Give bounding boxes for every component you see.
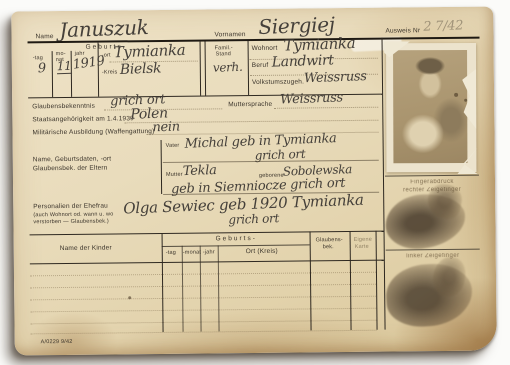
wohnort-label: Wohnort bbox=[252, 45, 278, 52]
kinder-geburts-header: Geburts- bbox=[216, 235, 257, 242]
familienstand-value: verh. bbox=[213, 60, 243, 75]
table-row bbox=[30, 284, 376, 289]
fingerprint-right-label: Fingerabdruck bbox=[387, 179, 477, 186]
staatsangehoerigkeit-label: Staatsangehörigkeit am 1.4.1939 bbox=[32, 115, 134, 123]
kinder-eigene-header: Eigene bbox=[354, 237, 372, 243]
portrait-photo bbox=[386, 43, 476, 172]
table-column-line bbox=[376, 231, 378, 330]
muttersprache-value: Weissruss bbox=[280, 90, 343, 107]
volkstum-value: Weissruss bbox=[304, 69, 367, 86]
familienstand-label: Stand bbox=[216, 51, 231, 57]
geburtskreis-value: Bielsk bbox=[120, 60, 162, 78]
table-row bbox=[30, 308, 376, 313]
table-row bbox=[30, 272, 376, 277]
table-header-rule bbox=[30, 260, 384, 265]
table-row bbox=[30, 296, 376, 301]
ehefrau-label: (auch Wohnort od. wann u. wo bbox=[33, 211, 113, 218]
kinder-glauben-header: bek. bbox=[323, 244, 334, 250]
ausweis-nr-value-pencil: 2 7/42 bbox=[423, 18, 463, 34]
name-label: Name bbox=[35, 33, 53, 40]
geburtsjahr-value: 1919 bbox=[72, 54, 106, 73]
muttersprache-label: Muttersprache bbox=[228, 101, 272, 108]
stain-speck bbox=[464, 99, 467, 102]
table-column-line bbox=[182, 246, 184, 332]
vornamen-label: Vornamen bbox=[214, 31, 245, 38]
famil-box-border bbox=[205, 41, 207, 95]
table-column-line bbox=[200, 246, 202, 332]
geburtstag-value: 9 bbox=[38, 61, 47, 76]
wohnort-value: Tymianka bbox=[283, 34, 355, 55]
geburts-divider bbox=[52, 51, 53, 97]
kinder-jahr-header: -jahr bbox=[203, 249, 215, 255]
geburtsort-value: Tymianka bbox=[113, 41, 185, 62]
geburts-divider bbox=[98, 43, 100, 97]
table-row bbox=[30, 320, 376, 325]
kinder-monat-header: -monat bbox=[183, 250, 201, 256]
table-column-line bbox=[310, 231, 312, 330]
volkstum-label: Volkstumszugeh. bbox=[252, 78, 304, 86]
eltern-label: Glaubensbek. der Eltern bbox=[33, 165, 108, 173]
kinder-name-header: Name der Kinder bbox=[60, 244, 112, 252]
table-column-line bbox=[350, 231, 352, 330]
fingerprint-divider-rule bbox=[386, 249, 480, 251]
fingerprint-left-index bbox=[384, 262, 474, 329]
mutter-value: Tekla bbox=[183, 163, 217, 179]
geburtskreis-label: -Kreis bbox=[102, 69, 118, 75]
portrait-photo-image bbox=[393, 50, 467, 163]
photo-bottom-rule bbox=[385, 175, 479, 177]
geburts-box-border bbox=[200, 42, 202, 96]
name-value-handwritten: Januszuk bbox=[59, 15, 149, 42]
ausweis-nr-label: Ausweis Nr bbox=[385, 27, 420, 34]
kinder-eigene-header: Karte bbox=[355, 244, 369, 250]
kinder-glauben-header: Glaubens- bbox=[316, 237, 343, 243]
ehefrau-value-line2: grich ort bbox=[228, 211, 279, 227]
ehefrau-label: verstorben — Glaubensbek.) bbox=[33, 219, 109, 226]
kinder-tag-header: -tag bbox=[166, 250, 176, 256]
table-subheader-rule bbox=[162, 244, 310, 247]
famil-box-border bbox=[248, 41, 250, 95]
form-code: A/0229 9/42 bbox=[41, 339, 73, 345]
mutter-label: Mutter bbox=[166, 172, 183, 178]
scanned-id-card-scene: Name Januszuk Vornamen Siergiej Ausweis … bbox=[0, 0, 510, 365]
geburtsmonat-value: 11 bbox=[57, 59, 72, 75]
identity-card: Name Januszuk Vornamen Siergiej Ausweis … bbox=[11, 6, 497, 355]
geburtsort-label: -ort bbox=[102, 52, 111, 58]
militaerausbildung-label: Militärische Ausbildung (Waffengattung) bbox=[32, 128, 154, 136]
vater-label: Vater bbox=[166, 143, 180, 149]
ink-speck bbox=[128, 296, 131, 299]
stain-speck bbox=[454, 93, 458, 97]
table-row bbox=[31, 330, 377, 335]
beruf-label: Beruf bbox=[252, 62, 269, 69]
table-column-line bbox=[218, 245, 220, 331]
right-column-separator bbox=[382, 38, 386, 330]
eltern-divider bbox=[161, 140, 163, 194]
fingerprint-left-label: linker Zeigefinger bbox=[388, 253, 478, 260]
fingerprint-right-index bbox=[383, 190, 468, 252]
kinder-ort-header: Ort (Kreis) bbox=[246, 248, 278, 255]
eltern-label: Name, Geburtsdaten, -ort bbox=[33, 155, 112, 163]
beruf-value: Landwirt bbox=[271, 52, 334, 70]
table-column-line bbox=[162, 233, 164, 332]
ehefrau-label: Personalien der Ehefrau bbox=[33, 203, 108, 211]
glaubensbekenntnis-label: Glaubensbekenntnis bbox=[32, 103, 95, 111]
table-top-rule bbox=[30, 231, 384, 236]
field-rule bbox=[274, 107, 378, 109]
